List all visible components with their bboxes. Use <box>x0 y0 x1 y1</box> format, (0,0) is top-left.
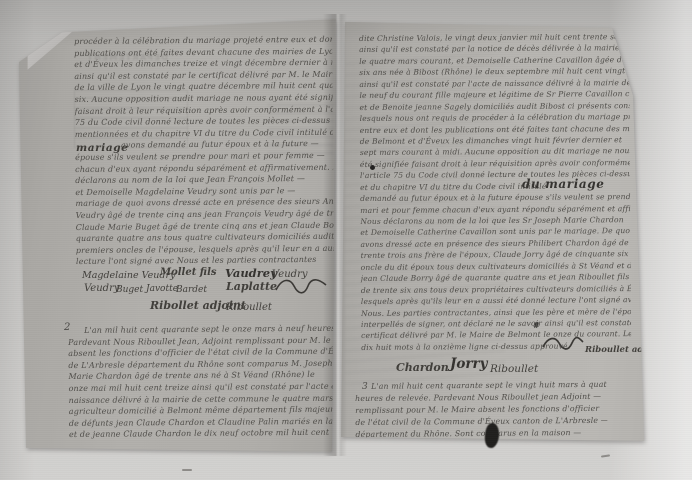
scanned-register-spread: DEPARTEMENT procéder à la célébration du… <box>0 0 692 480</box>
signature: Mollet fils <box>160 267 217 278</box>
bold-word-mariage: mariage <box>76 142 128 154</box>
left-page: DEPARTEMENT procéder à la célébration du… <box>18 16 338 454</box>
signature: Vaudrey <box>225 266 277 280</box>
bold-phrase-du-mariage: du mariage <box>522 177 604 191</box>
handwriting-line: département du Rhône. Sont comparus en l… <box>355 427 607 441</box>
signature: Riboullet <box>490 363 538 375</box>
entry2-continuation-text-block: dite Christine Valois, le vingt deux jan… <box>359 31 631 353</box>
signature: Buget <box>116 285 143 295</box>
handwriting-line: et de jeanne Claude Chardon le dix neuf … <box>69 427 337 441</box>
handwriting-line: lecture l'ont signé avec Nous et les par… <box>76 254 334 268</box>
entry2-text-block: L'an mil huit cent quarante sept le onze… <box>68 323 337 441</box>
handwriting-line: certificat délivré par M. le Maire de Be… <box>361 328 631 341</box>
left-page-wrap: DEPARTEMENT procéder à la célébration du… <box>18 16 338 454</box>
page-gutter-shadow <box>323 14 347 456</box>
signature: Javotte <box>146 284 178 294</box>
entry3-text-block: L'an mil huit cent quarante sept le ving… <box>355 379 608 441</box>
signature: Veudry <box>84 283 120 294</box>
signature: Chardon <box>396 361 449 374</box>
signature: Jorry <box>450 356 487 372</box>
signature: Laplatte <box>226 280 277 293</box>
insertion-mark: # <box>533 321 540 330</box>
stray-mark <box>601 454 610 457</box>
right-page: dite Christine Valois, le vingt deux jan… <box>339 18 645 446</box>
right-page-wrap: dite Christine Valois, le vingt deux jan… <box>339 18 645 446</box>
signature: Riboullet <box>226 302 272 313</box>
stray-mark <box>182 469 192 471</box>
signature: Bardet <box>176 285 207 295</box>
signature-flourish <box>274 276 328 300</box>
signature: Riboullet adjt <box>585 345 650 355</box>
signature-flourish <box>541 334 585 358</box>
